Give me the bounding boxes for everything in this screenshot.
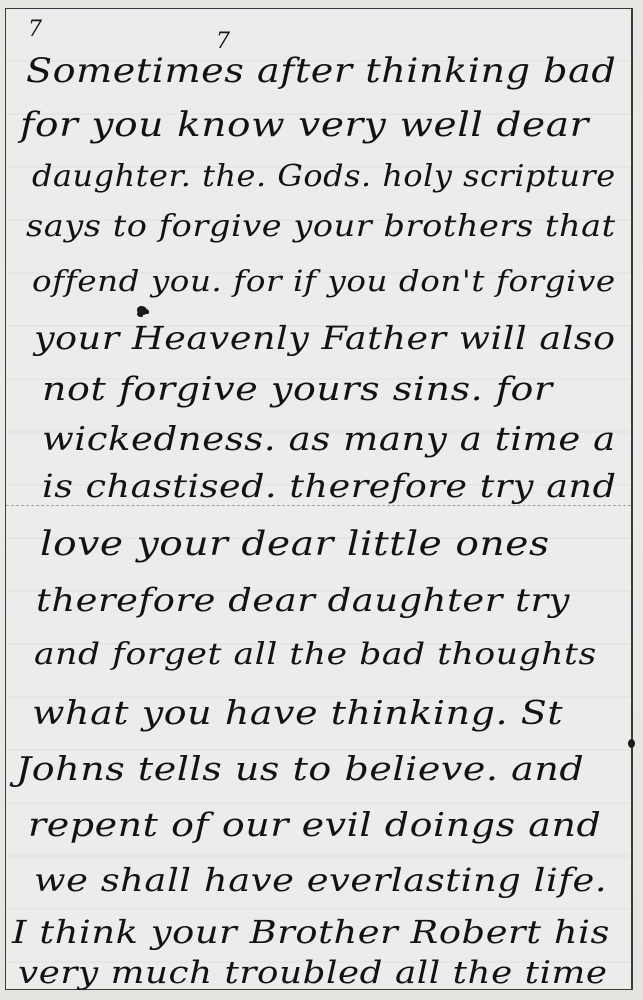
handwritten-line: what you have thinking. St [32, 693, 563, 732]
handwritten-line: says to forgive your brothers that [26, 209, 616, 244]
handwritten-line: repent of our evil doings and [28, 805, 601, 844]
handwritten-line: therefore dear daughter try [36, 581, 570, 619]
handwritten-line: love your dear little ones [40, 524, 550, 564]
handwritten-line: Sometimes after thinking bad [26, 51, 616, 91]
paper-fold-line [6, 505, 631, 506]
scanned-page: 7 7 Sometimes after thinking bad for you… [0, 0, 643, 1000]
ink-mark [628, 739, 635, 748]
handwritten-line: your Heavenly Father will also [34, 319, 616, 357]
handwritten-line: we shall have everlasting life. [34, 861, 607, 899]
handwritten-line: Johns tells us to believe. and [16, 749, 584, 788]
letter-paper: 7 7 Sometimes after thinking bad for you… [5, 8, 633, 990]
handwritten-line: not forgive yours sins. for [42, 369, 553, 408]
ink-blot [137, 306, 147, 315]
handwritten-line: very much troubled all the time [18, 955, 608, 991]
handwritten-line: daughter. the. Gods. holy scripture [32, 159, 616, 194]
handwritten-line: and forget all the bad thoughts [34, 637, 597, 672]
handwritten-line: wickedness. as many a time a [42, 419, 616, 458]
handwritten-line: for you know very well dear [20, 105, 589, 145]
handwritten-line: is chastised. therefore try and [42, 467, 616, 505]
page-number: 7 [28, 19, 42, 41]
page-number-annotation: 7 [216, 31, 230, 53]
handwritten-line: I think your Brother Robert his [12, 913, 610, 951]
handwritten-line: offend you. for if you don't forgive [32, 264, 616, 298]
